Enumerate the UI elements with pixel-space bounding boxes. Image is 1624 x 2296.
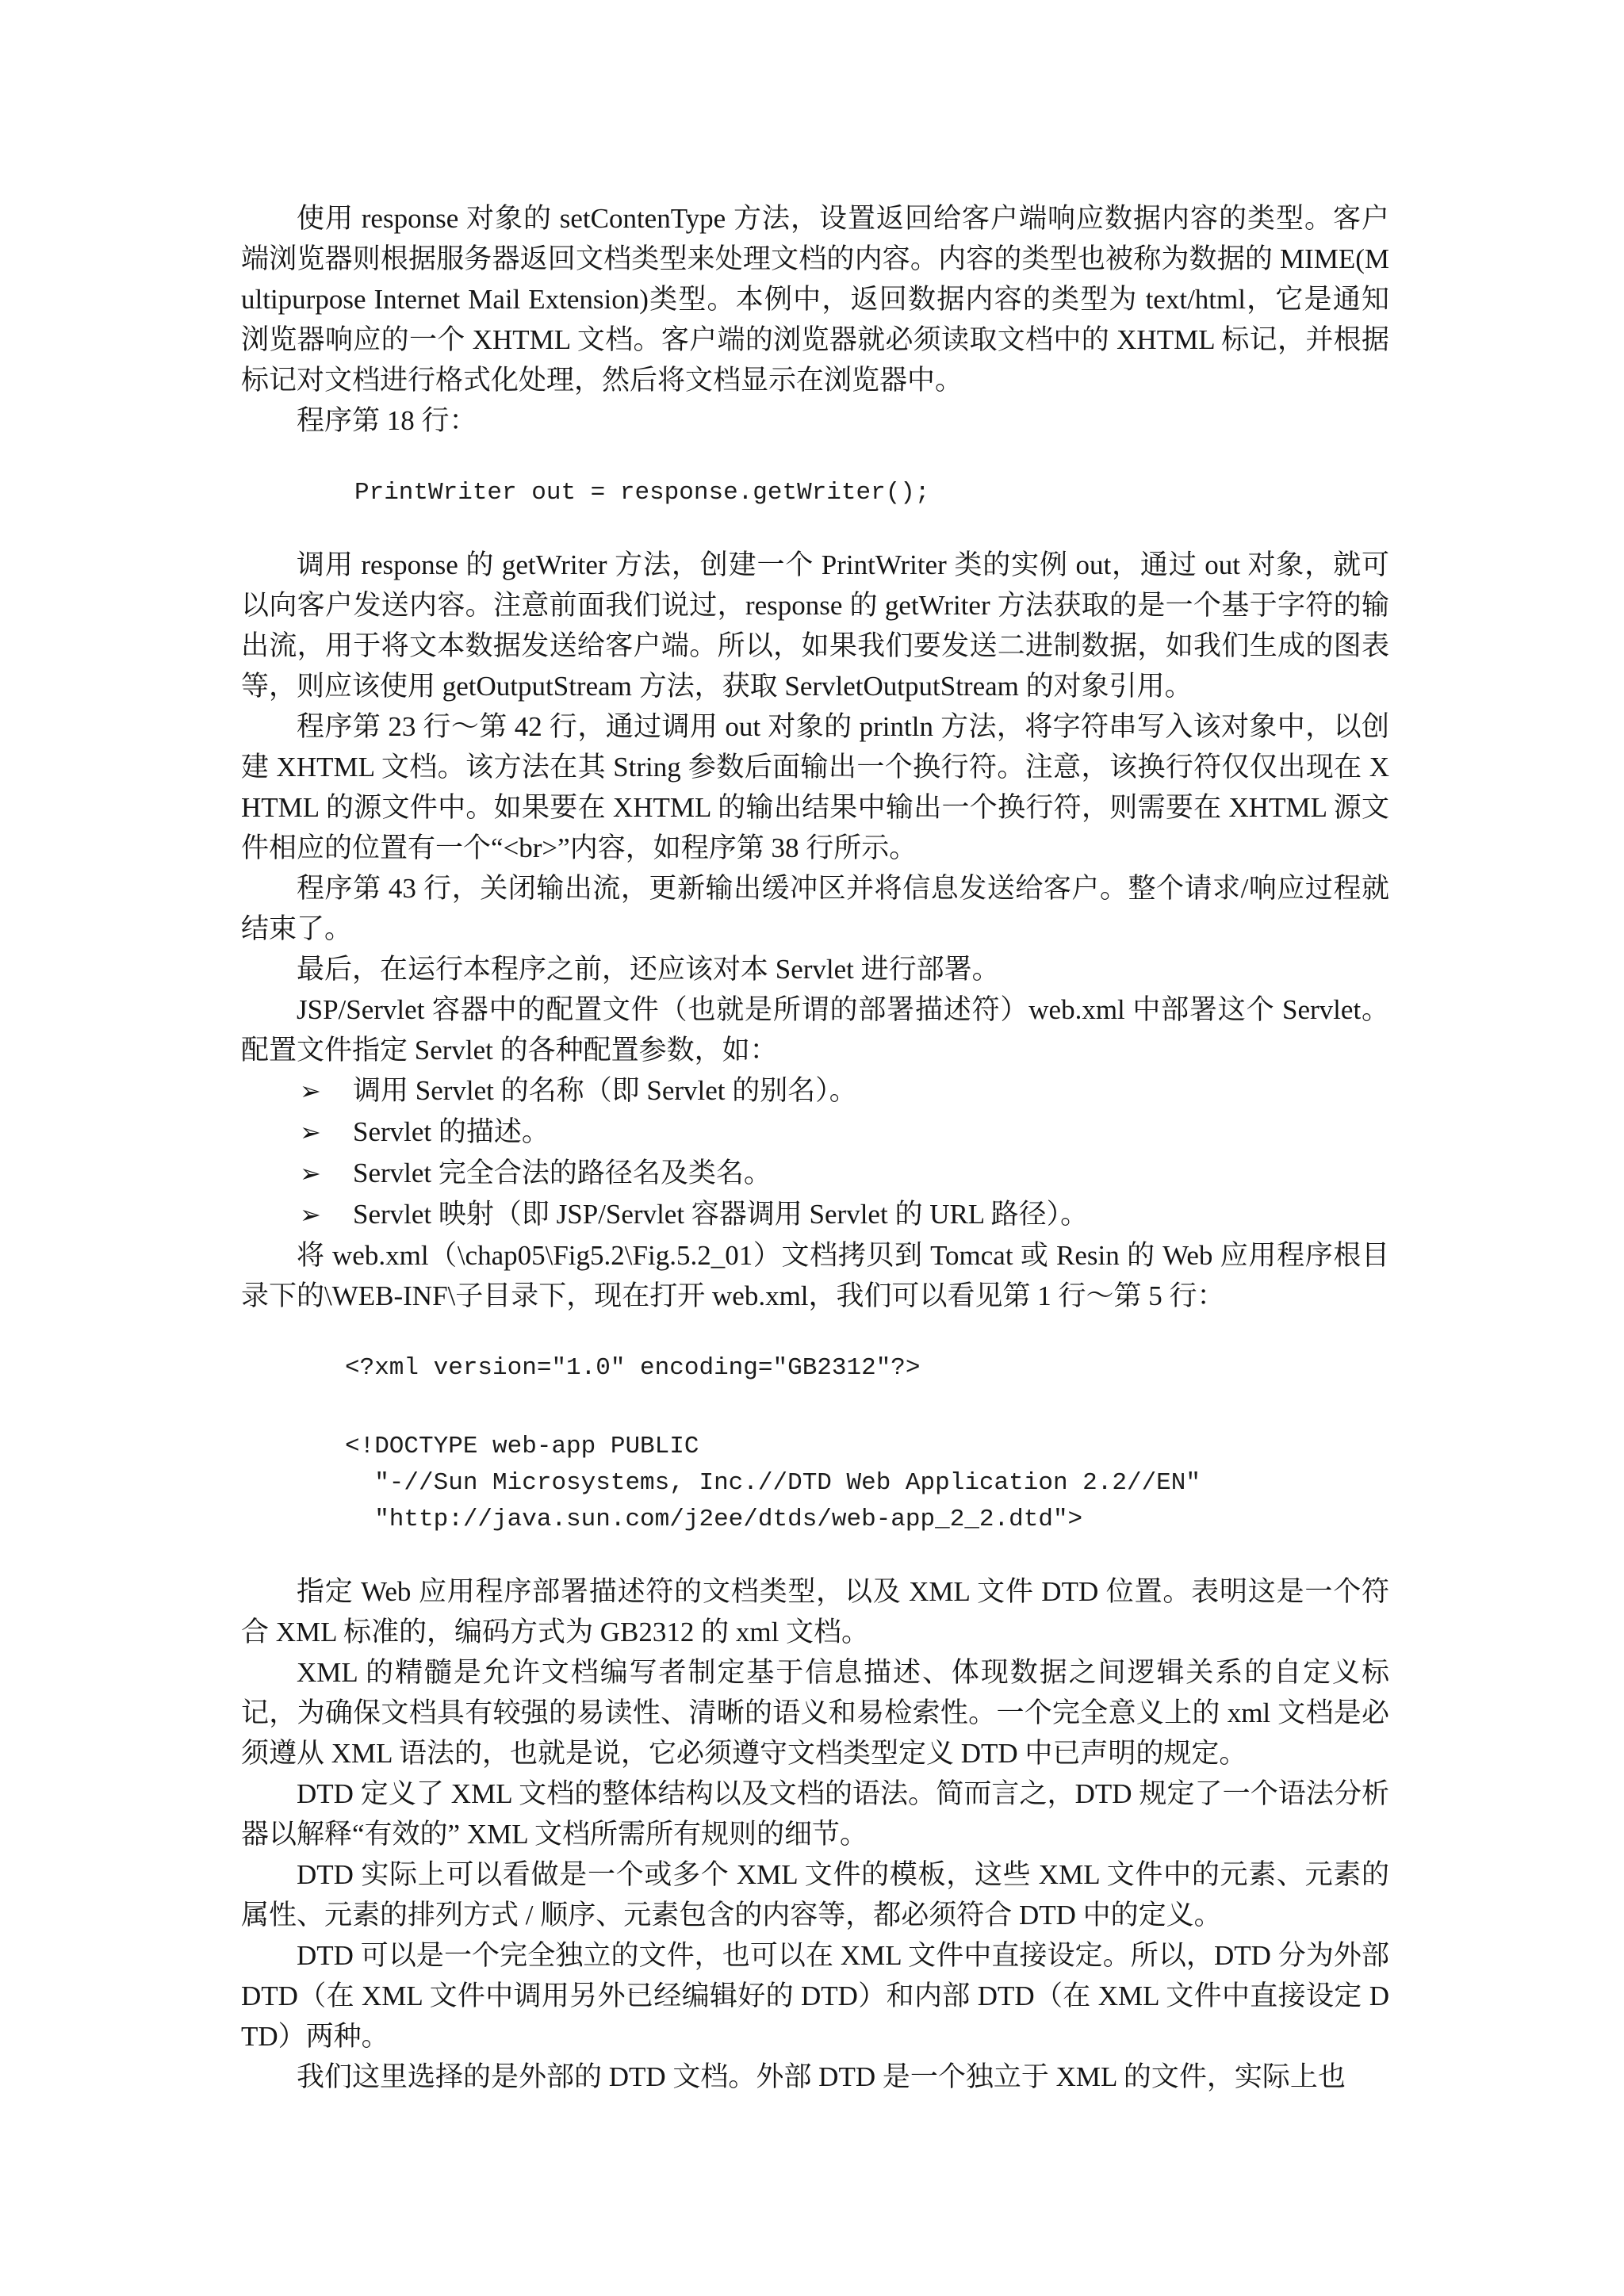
paragraph-dtd-definition: DTD 定义了 XML 文档的整体结构以及文档的语法。简而言之，DTD 规定了一… xyxy=(241,1774,1389,1854)
paragraph-copy-webxml: 将 web.xml（\chap05\Fig5.2\Fig.5.2_01）文档拷贝… xyxy=(241,1235,1389,1316)
paragraph-external-dtd-choice: 我们这里选择的是外部的 DTD 文档。外部 DTD 是一个独立于 XML 的文件… xyxy=(241,2057,1389,2097)
paragraph-dtd-template: DTD 实际上可以看做是一个或多个 XML 文件的模板，这些 XML 文件中的元… xyxy=(241,1854,1389,1935)
paragraph-xml-essence: XML 的精髓是允许文档编写者制定基于信息描述、体现数据之间逻辑关系的自定义标记… xyxy=(241,1652,1389,1774)
code-doctype-block: <!DOCTYPE web-app PUBLIC "-//Sun Microsy… xyxy=(345,1429,1389,1538)
paragraph-setcontenttype-intro: 使用 response 对象的 setContenType 方法，设置返回给客户… xyxy=(241,198,1389,400)
paragraph-getwriter-explanation: 调用 response 的 getWriter 方法，创建一个 PrintWri… xyxy=(241,545,1389,706)
arrow-bullet-icon: ➢ xyxy=(300,1071,353,1112)
code-printwriter-line: PrintWriter out = response.getWriter(); xyxy=(354,473,1389,513)
servlet-config-list: ➢调用 Servlet 的名称（即 Servlet 的别名）。 ➢Servlet… xyxy=(241,1070,1389,1235)
paragraph-println-explanation: 程序第 23 行～第 42 行，通过调用 out 对象的 println 方法，… xyxy=(241,706,1389,868)
paragraph-dtd-type-explanation: 指定 Web 应用程序部署描述符的文档类型，以及 XML 文件 DTD 位置。表… xyxy=(241,1571,1389,1652)
list-item-servlet-mapping: ➢Servlet 映射（即 JSP/Servlet 容器调用 Servlet 的… xyxy=(300,1194,1389,1235)
paragraph-line43-explanation: 程序第 43 行，关闭输出流，更新输出缓冲区并将信息发送给客户。整个请求/响应过… xyxy=(241,868,1389,949)
list-item-label: Servlet 映射（即 JSP/Servlet 容器调用 Servlet 的 … xyxy=(353,1199,1088,1230)
list-item-servlet-description: ➢Servlet 的描述。 xyxy=(300,1112,1389,1153)
paragraph-deploy-note: 最后，在运行本程序之前，还应该对本 Servlet 进行部署。 xyxy=(241,949,1389,989)
arrow-bullet-icon: ➢ xyxy=(300,1154,353,1194)
book-page: 使用 response 对象的 setContenType 方法，设置返回给客户… xyxy=(0,0,1624,2296)
arrow-bullet-icon: ➢ xyxy=(300,1195,353,1235)
list-item-label: Servlet 完全合法的路径名及类名。 xyxy=(353,1158,772,1188)
list-item-servlet-name: ➢调用 Servlet 的名称（即 Servlet 的别名）。 xyxy=(300,1070,1389,1112)
list-item-label: 调用 Servlet 的名称（即 Servlet 的别名）。 xyxy=(353,1075,857,1106)
list-item-label: Servlet 的描述。 xyxy=(353,1116,550,1147)
code-xml-declaration: <?xml version="1.0" encoding="GB2312"?> xyxy=(345,1348,1389,1388)
page-text-block: 使用 response 对象的 setContenType 方法，设置返回给客户… xyxy=(0,0,1624,2097)
list-item-servlet-path: ➢Servlet 完全合法的路径名及类名。 xyxy=(300,1153,1389,1194)
paragraph-line18-label: 程序第 18 行： xyxy=(241,400,1389,441)
arrow-bullet-icon: ➢ xyxy=(300,1112,353,1153)
paragraph-webxml-deploy: JSP/Servlet 容器中的配置文件（也就是所谓的部署描述符）web.xml… xyxy=(241,989,1389,1070)
paragraph-dtd-kinds: DTD 可以是一个完全独立的文件，也可以在 XML 文件中直接设定。所以，DTD… xyxy=(241,1935,1389,2057)
